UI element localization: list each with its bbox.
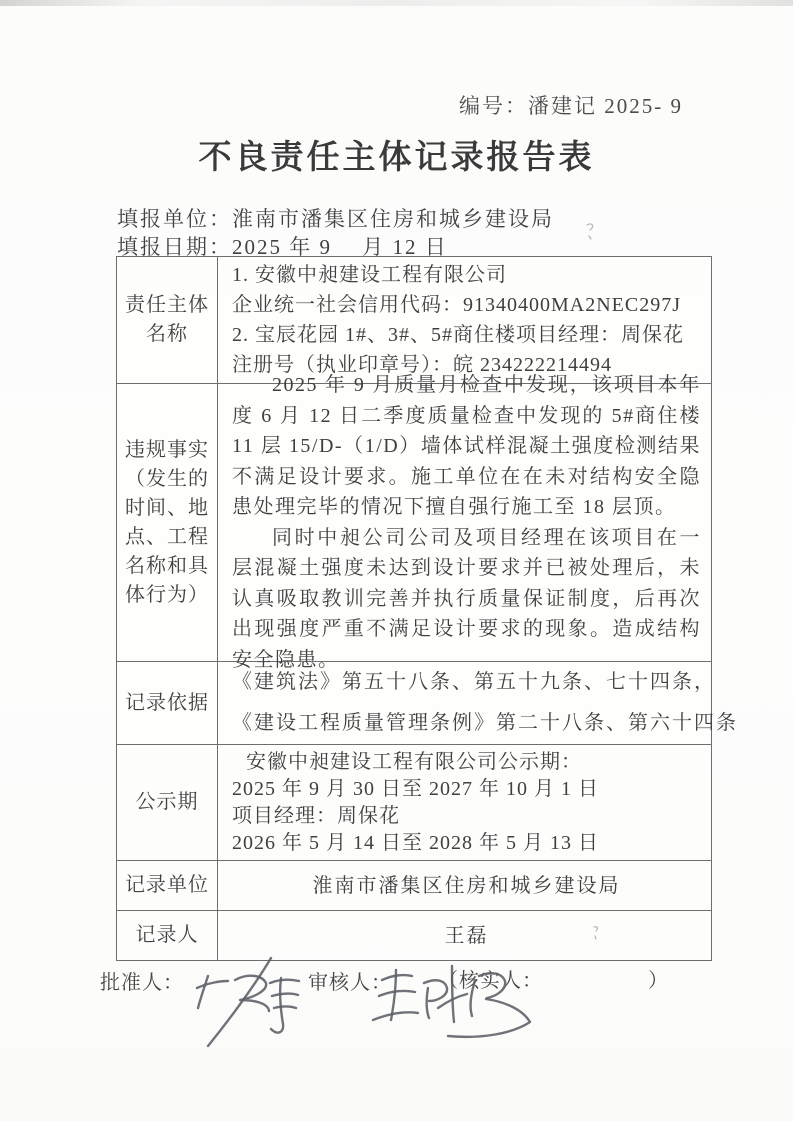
- scan-artifact: [583, 222, 597, 247]
- content-line: 项目经理：周保花: [232, 803, 701, 830]
- content-line: 2025 年 9 月 30 日至 2027 年 10 月 1 日: [232, 776, 701, 803]
- page-title: 不良责任主体记录报告表: [0, 131, 793, 178]
- content-line: 《建设工程质量管理条例》第二十八条、第六十四条: [232, 703, 738, 744]
- table-row-publicity-period: 公示期 安徽中昶建设工程有限公司公示期： 2025 年 9 月 30 日至 20…: [117, 745, 711, 861]
- report-unit-line: 填报单位：淮南市潘集区住房和城乡建设局: [117, 203, 554, 233]
- record-table: 责任主体名称 1. 安徽中昶建设工程有限公司 企业统一社会信用代码：913404…: [116, 256, 712, 961]
- row-label: 公示期: [117, 745, 218, 860]
- row-content: 淮南市潘集区住房和城乡建设局: [218, 861, 711, 910]
- row-content: 《建筑法》第五十八条、第五十九条、七十四条， 《建设工程质量管理条例》第二十八条…: [218, 662, 748, 744]
- content-line: 2026 年 5 月 14 日至 2028 年 5 月 13 日: [232, 830, 701, 857]
- approver-label: 批准人：: [100, 966, 184, 995]
- reviewer-handwritten-signature-icon: [366, 956, 538, 1048]
- content-line: 王磊: [232, 922, 701, 950]
- table-row-violation-facts: 违规事实（发生的时间、地点、工程名称和具体行为） 2025 年 9 月质量月检查…: [117, 384, 711, 662]
- content-line: 2. 宝辰花园 1#、3#、5#商住楼项目经理：周保花: [232, 320, 701, 350]
- table-row-record-unit: 记录单位 淮南市潘集区住房和城乡建设局: [117, 861, 711, 911]
- verifier-close-paren: ）: [648, 964, 669, 993]
- row-content: 2025 年 9 月质量月检查中发现，该项目本年度 6 月 12 日二季度质量检…: [218, 384, 711, 661]
- doc-number: 编号：潘建记 2025- 9: [459, 90, 683, 120]
- scan-artifact: [590, 924, 602, 945]
- violation-paragraph: 2025 年 9 月质量月检查中发现，该项目本年度 6 月 12 日二季度质量检…: [232, 370, 701, 523]
- scanned-report-page: 编号：潘建记 2025- 9 不良责任主体记录报告表 填报单位：淮南市潘集区住房…: [0, 0, 793, 1121]
- content-line: 淮南市潘集区住房和城乡建设局: [232, 872, 701, 900]
- table-row-record-basis: 记录依据 《建筑法》第五十八条、第五十九条、七十四条， 《建设工程质量管理条例》…: [117, 662, 711, 745]
- approver-handwritten-signature-icon: [178, 950, 318, 1052]
- content-line: 1. 安徽中昶建设工程有限公司: [232, 260, 701, 290]
- row-label: 记录单位: [117, 861, 218, 910]
- content-line: 企业统一社会信用代码：91340400MA2NEC297J: [232, 290, 701, 320]
- content-line: 安徽中昶建设工程有限公司公示期：: [232, 749, 701, 776]
- row-content: 安徽中昶建设工程有限公司公示期： 2025 年 9 月 30 日至 2027 年…: [218, 745, 711, 860]
- row-label: 记录依据: [117, 662, 218, 744]
- row-content: 1. 安徽中昶建设工程有限公司 企业统一社会信用代码：91340400MA2NE…: [218, 257, 711, 383]
- content-line: 《建筑法》第五十八条、第五十九条、七十四条，: [232, 662, 738, 703]
- violation-paragraph: 同时中昶公司公司及项目经理在该项目在一层混凝土强度未达到设计要求并已被处理后，未…: [232, 523, 701, 676]
- table-row-responsible-subject: 责任主体名称 1. 安徽中昶建设工程有限公司 企业统一社会信用代码：913404…: [117, 257, 711, 384]
- row-label: 违规事实（发生的时间、地点、工程名称和具体行为）: [117, 384, 218, 661]
- row-label: 责任主体名称: [117, 257, 218, 383]
- scan-artifact: [0, 0, 793, 6]
